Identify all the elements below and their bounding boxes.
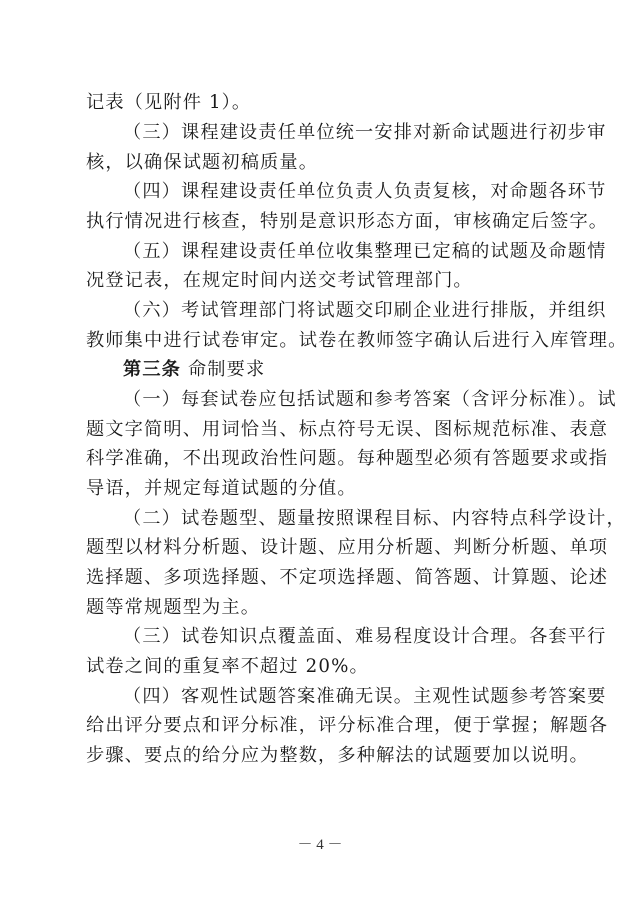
text-line: （三）试卷知识点覆盖面、难易程度设计合理。各套平行 <box>123 626 556 648</box>
text-line: 况登记表，在规定时间内送交考试管理部门。 <box>86 270 556 292</box>
text-line: （三）课程建设责任单位统一安排对新命试题进行初步审 <box>123 122 556 144</box>
text-line: 核，以确保试题初稿质量。 <box>86 152 556 174</box>
section-heading: 第三条 命制要求 <box>123 359 556 381</box>
text-line: 执行情况进行核查，特别是意识形态方面，审核确定后签字。 <box>86 211 556 233</box>
text-line: （六）考试管理部门将试题交印刷企业进行排版，并组织 <box>123 300 556 322</box>
text-line: 题等常规题型为主。 <box>86 597 556 619</box>
text-line: （二）试卷题型、题量按照课程目标、内容特点科学设计， <box>123 508 556 530</box>
text-line: 科学准确，不出现政治性问题。每种题型必须有答题要求或指 <box>86 448 556 470</box>
article-title: 命制要求 <box>188 359 265 380</box>
text-line: （四）课程建设责任单位负责人负责复核，对命题各环节 <box>123 181 556 203</box>
text-line: （四）客观性试题答案准确无误。主观性试题参考答案要 <box>123 686 556 708</box>
text-line: 步骤、要点的给分应为整数，多种解法的试题要加以说明。 <box>86 745 556 767</box>
article-number: 第三条 <box>123 359 181 380</box>
document-page: 记表（见附件 1）。 （三）课程建设责任单位统一安排对新命试题进行初步审 核，以… <box>0 0 640 905</box>
text-line: 试卷之间的重复率不超过 20%。 <box>86 656 556 678</box>
text-line: 导语，并规定每道试题的分值。 <box>86 478 556 500</box>
text-line: 选择题、多项选择题、不定项选择题、简答题、计算题、论述 <box>86 567 556 589</box>
text-line: 题型以材料分析题、设计题、应用分析题、判断分析题、单项 <box>86 537 556 559</box>
text-line: （一）每套试卷应包括试题和参考答案（含评分标准）。试 <box>123 389 556 411</box>
text-line: 给出评分要点和评分标准，评分标准合理，便于掌握；解题各 <box>86 715 556 737</box>
text-line: （五）课程建设责任单位收集整理已定稿的试题及命题情 <box>123 241 556 263</box>
text-line: 记表（见附件 1）。 <box>86 92 556 114</box>
page-number: － 4 － <box>0 833 640 854</box>
text-line: 教师集中进行试卷审定。试卷在教师签字确认后进行入库管理。 <box>86 330 556 352</box>
text-line: 题文字简明、用词恰当、标点符号无误、图标规范标准、表意 <box>86 419 556 441</box>
